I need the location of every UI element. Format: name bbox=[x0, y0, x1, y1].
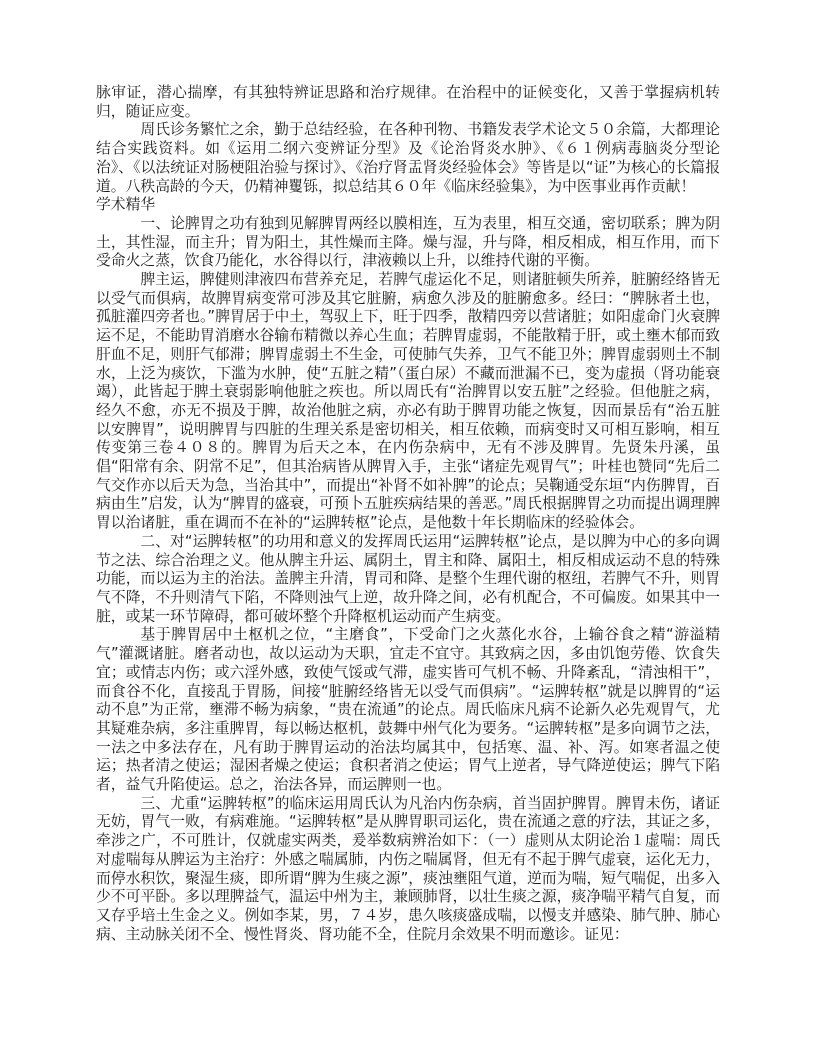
paragraph: 一、论脾胃之功有独到见解脾胃两经以膜相连，互为表里，相互交通，密切联系；脾为阴土… bbox=[96, 215, 720, 271]
document-page: 脉审证，潜心揣摩，有其独特辨证思路和治疗规律。在治程中的证候变化，又善于掌握病机… bbox=[0, 0, 816, 1056]
paragraph: 学术精华 bbox=[96, 196, 720, 215]
paragraph: 脾主运，脾健则津液四布营养充足，若脾气虚运化不足，则诸脏顿失所养，脏腑经络皆无以… bbox=[96, 271, 720, 533]
paragraph: 脉审证，潜心揣摩，有其独特辨证思路和治疗规律。在治程中的证候变化，又善于掌握病机… bbox=[96, 84, 720, 121]
paragraph: 周氏诊务繁忙之余，勤于总结经验，在各种刊物、书籍发表学术论文５０余篇，大都理论结… bbox=[96, 121, 720, 196]
paragraph: 基于脾胃居中土枢机之位，“主磨食”，下受命门之火蒸化水谷，上输谷食之精“游溢精气… bbox=[96, 626, 720, 794]
paragraph: 三、尤重“运脾转枢”的临床运用周氏认为凡治内伤杂病，首当固护脾胃。脾胃未伤，诸证… bbox=[96, 795, 720, 945]
paragraph: 二、对“运脾转枢”的功用和意义的发挥周氏运用“运脾转枢”论点，是以脾为中心的多向… bbox=[96, 533, 720, 627]
text-block: 脉审证，潜心揣摩，有其独特辨证思路和治疗规律。在治程中的证候变化，又善于掌握病机… bbox=[96, 84, 720, 944]
